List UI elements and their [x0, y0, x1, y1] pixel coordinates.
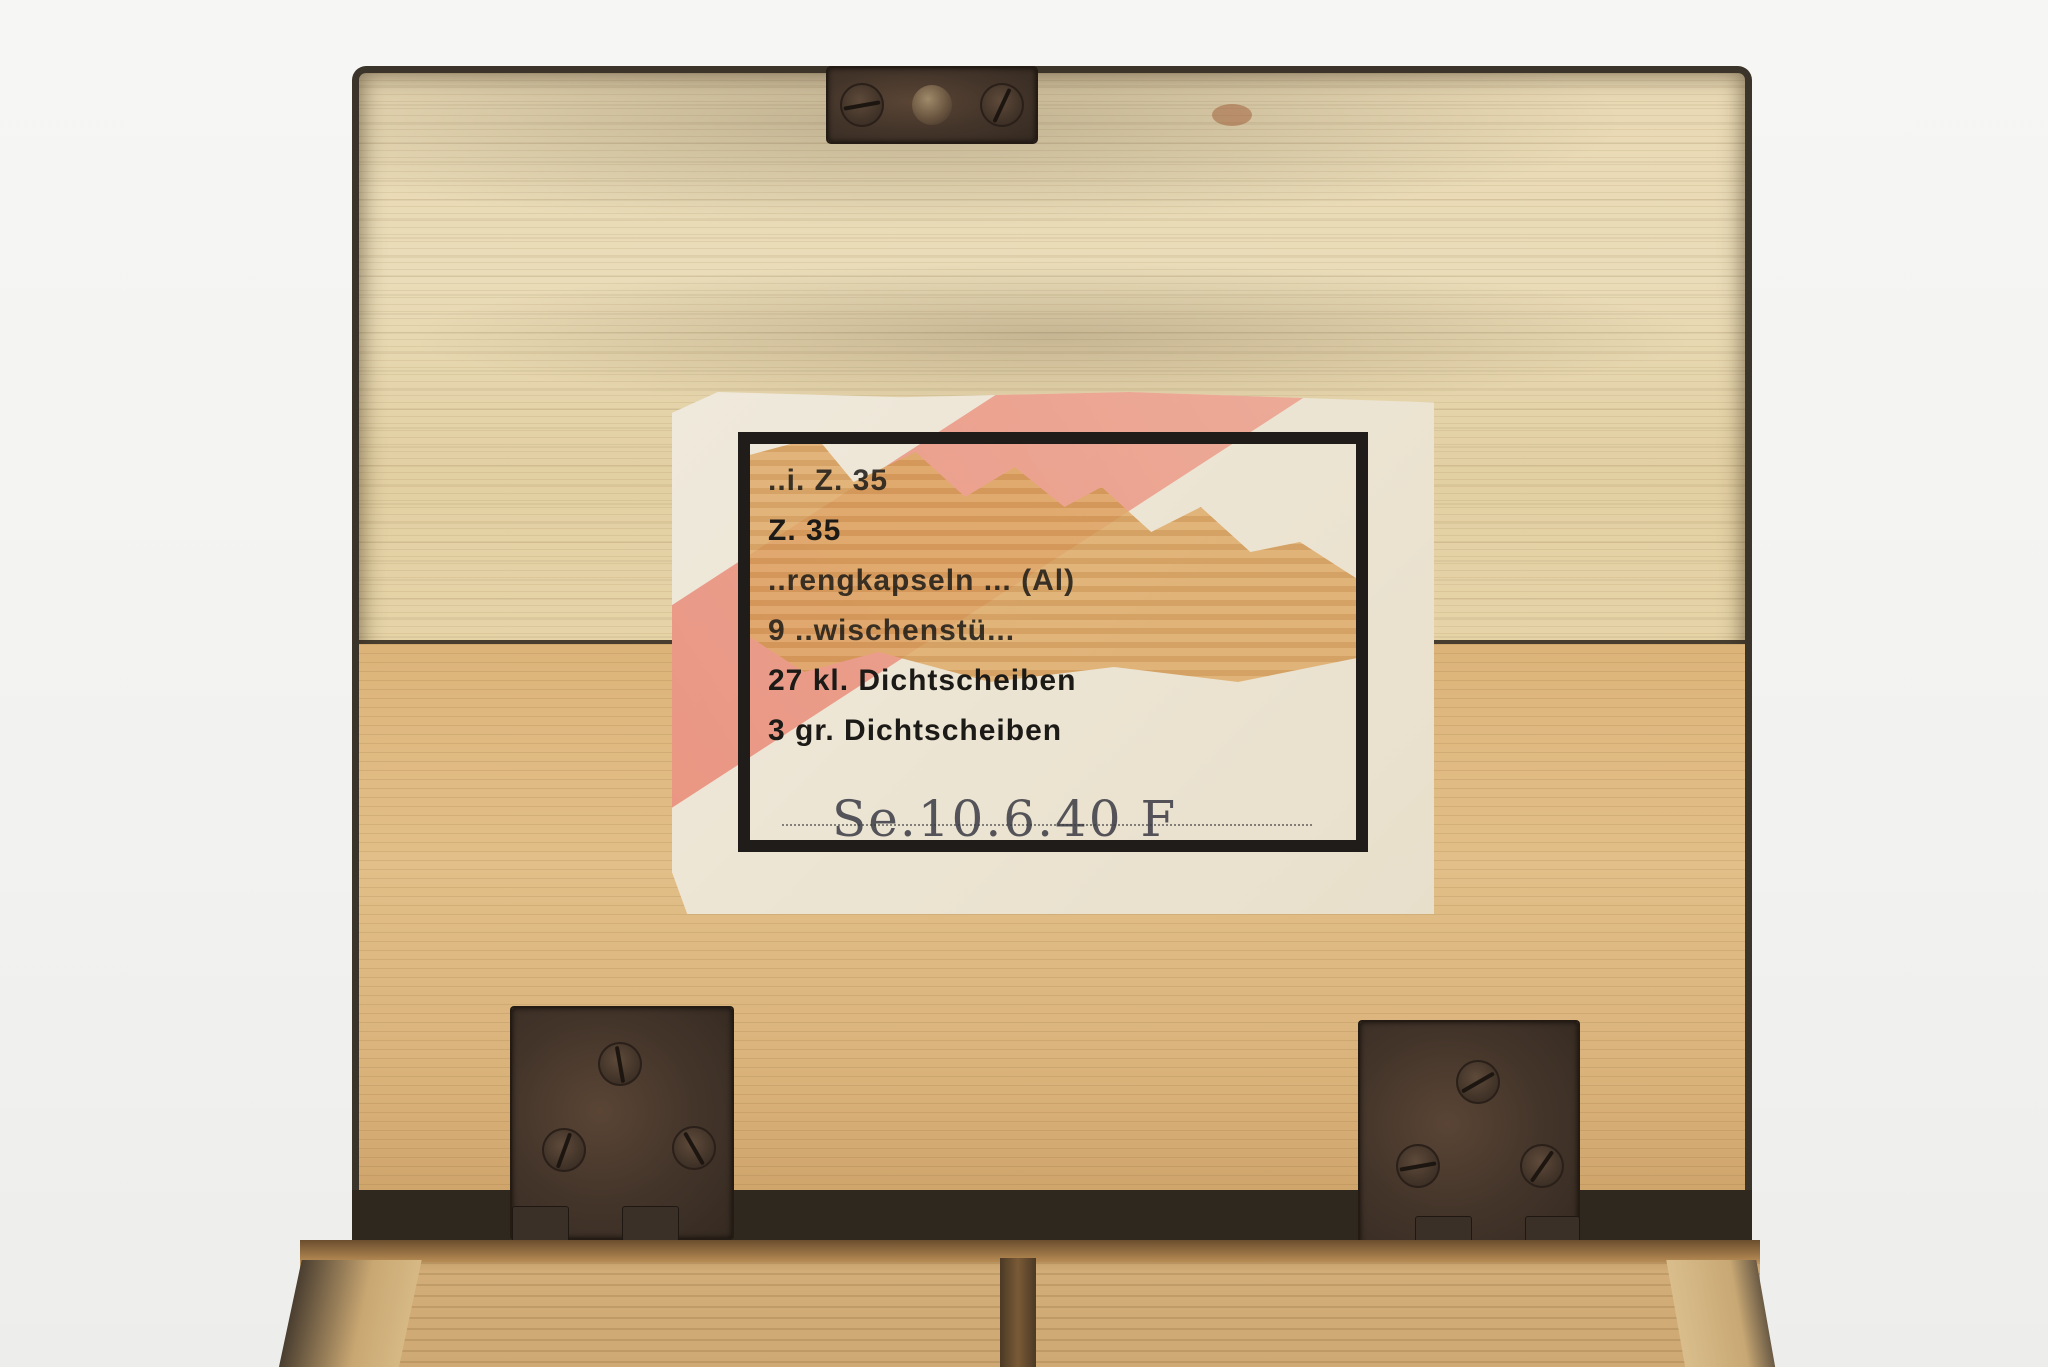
photo: ..i. Z. 35 Z. 35 ..rengkapseln ... (Al) … — [0, 0, 2048, 1367]
label-line: Z. 35 — [768, 506, 1368, 556]
screw-icon — [1520, 1144, 1564, 1188]
box-side-right — [1666, 1260, 1775, 1367]
hinge-knuckle — [512, 1206, 569, 1242]
paper-label: ..i. Z. 35 Z. 35 ..rengkapseln ... (Al) … — [672, 392, 1434, 914]
label-text: ..i. Z. 35 Z. 35 ..rengkapseln ... (Al) … — [768, 456, 1368, 756]
hinge-knuckle — [622, 1206, 679, 1242]
screw-icon — [980, 83, 1024, 127]
screw-icon — [542, 1128, 586, 1172]
box-body — [300, 1240, 1760, 1367]
box-divider — [1000, 1258, 1036, 1367]
left-hinge — [512, 1008, 732, 1238]
grime-stain — [352, 66, 1752, 246]
label-line: 9 ..wischenstü... — [768, 606, 1368, 656]
date-stamp: Se.10.6.40 F — [832, 790, 1177, 848]
label-line: ..rengkapseln ... (Al) — [768, 556, 1368, 606]
rivet-icon — [912, 85, 952, 125]
top-hinge-plate — [828, 68, 1036, 142]
rust-stain — [1212, 104, 1252, 126]
screw-icon — [1456, 1060, 1500, 1104]
box-side-left — [278, 1260, 421, 1367]
right-hinge — [1360, 1022, 1578, 1248]
screw-icon — [598, 1042, 642, 1086]
screw-icon — [840, 83, 884, 127]
label-line: ..i. Z. 35 — [768, 456, 1368, 506]
label-line: 3 gr. Dichtscheiben — [768, 706, 1368, 756]
screw-icon — [1396, 1144, 1440, 1188]
label-line: 27 kl. Dichtscheiben — [768, 656, 1368, 706]
grime-stain — [352, 256, 1752, 416]
screw-icon — [672, 1126, 716, 1170]
